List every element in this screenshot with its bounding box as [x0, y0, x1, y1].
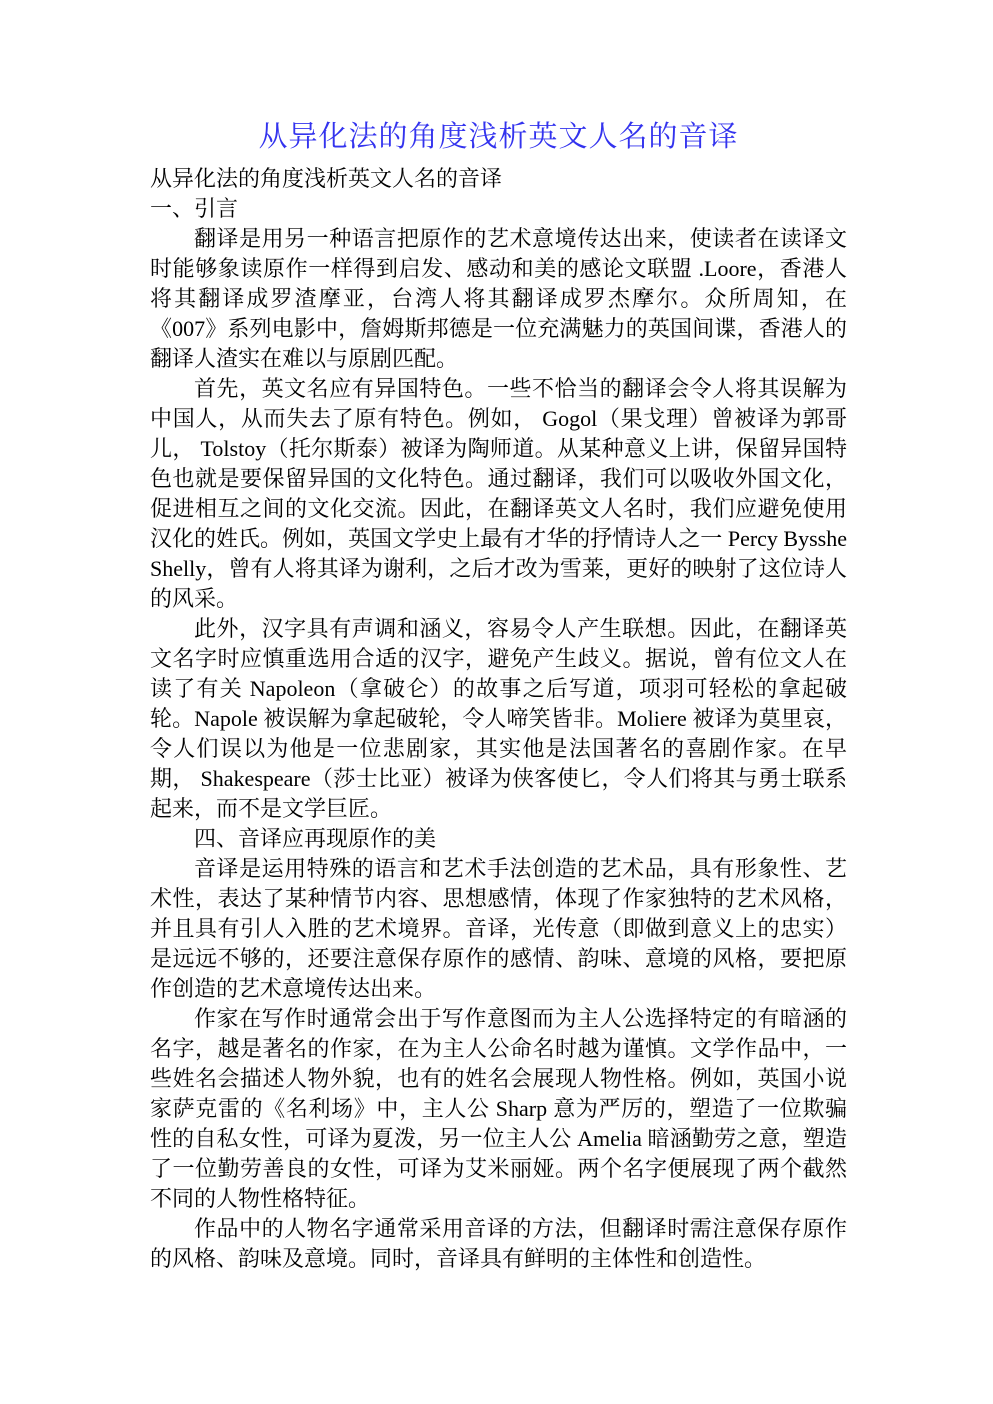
section-heading-four: 四、音译应再现原作的美 [150, 824, 847, 854]
document-page: 从异化法的角度浅析英文人名的音译 从异化法的角度浅析英文人名的音译一、引言翻译是… [0, 0, 993, 1404]
document-body: 从异化法的角度浅析英文人名的音译一、引言翻译是用另一种语言把原作的艺术意境传达出… [150, 164, 847, 1274]
paragraph-chinese-characters: 此外，汉字具有声调和涵义，容易令人产生联想。因此，在翻译英文名字时应慎重选用合适… [150, 614, 847, 824]
paragraph-translation-intro: 翻译是用另一种语言把原作的艺术意境传达出来，使读者在读译文时能够象读原作一样得到… [150, 224, 847, 374]
subtitle-line: 从异化法的角度浅析英文人名的音译 [150, 164, 847, 194]
paragraph-conclusion: 作品中的人物名字通常采用音译的方法，但翻译时需注意保存原作的风格、韵味及意境。同… [150, 1214, 847, 1274]
paragraph-foreign-flavor: 首先，英文名应有异国特色。一些不恰当的翻译会令人将其误解为中国人，从而失去了原有… [150, 374, 847, 614]
paragraph-author-naming: 作家在写作时通常会出于写作意图而为主人公选择特定的有暗涵的名字，越是著名的作家，… [150, 1004, 847, 1214]
paragraph-transliteration-beauty: 音译是运用特殊的语言和艺术手法创造的艺术品，具有形象性、艺术性，表达了某种情节内… [150, 854, 847, 1004]
section-heading-introduction: 一、引言 [150, 194, 847, 224]
document-title: 从异化法的角度浅析英文人名的音译 [150, 112, 847, 162]
